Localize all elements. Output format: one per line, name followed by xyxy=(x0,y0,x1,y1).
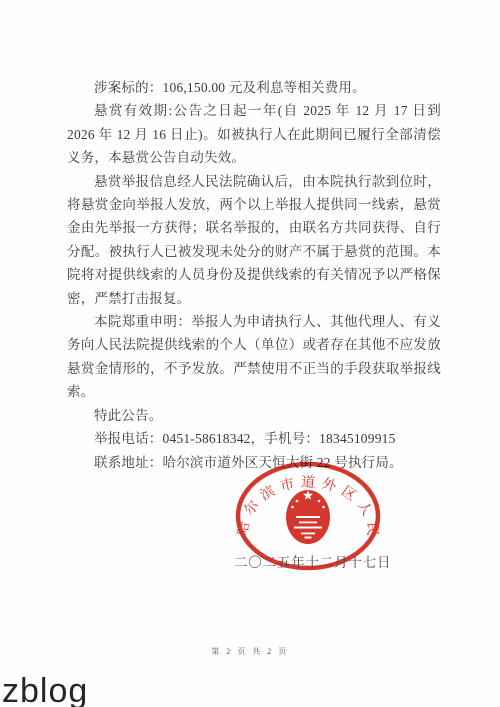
document-page: 涉案标的：106,150.00 元及利息等相关费用。 悬赏有效期:公告之日起一年… xyxy=(0,0,500,707)
announcement-body: 涉案标的：106,150.00 元及利息等相关费用。 悬赏有效期:公告之日起一年… xyxy=(67,76,441,474)
paragraph-hereby-announced: 特此公告。 xyxy=(67,404,441,427)
paragraph-declaration: 本院郑重申明：举报人为申请执行人、其他代理人、有义务向人民法院提供线索的个人（单… xyxy=(67,310,441,404)
issue-date: 二〇二五年十二月十七日 xyxy=(234,551,394,571)
paragraph-case-amount: 涉案标的：106,150.00 元及利息等相关费用。 xyxy=(67,76,441,99)
zblog-watermark: zblog xyxy=(2,672,88,707)
paragraph-validity-period: 悬赏有效期:公告之日起一年(自 2025 年 12 月 17 日到 2026 年… xyxy=(67,99,441,169)
paragraph-report-phone: 举报电话：0451-58618342，手机号：18345109915 xyxy=(67,427,441,450)
paragraph-reward-rules: 悬赏举报信息经人民法院确认后，由本院执行款到位时，将悬赏金向举报人发放，两个以上… xyxy=(67,170,441,310)
page-number-footer: 第 2 页 共 2 页 xyxy=(0,646,500,657)
national-emblem-icon xyxy=(286,490,330,544)
